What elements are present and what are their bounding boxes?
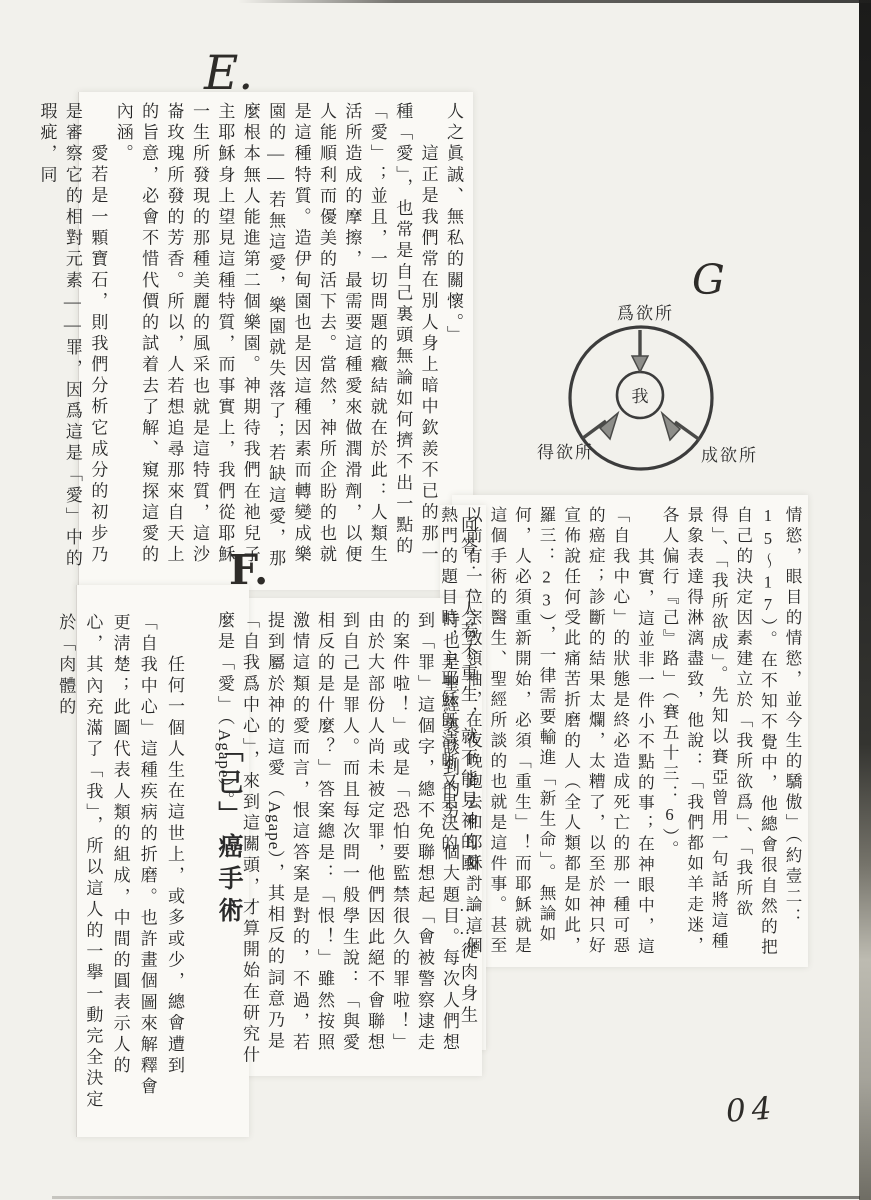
text-block-g: 情慾，眼目的情慾，並今生的驕傲」（約壹二：15～17）。在不知不覺中，他總會很自… xyxy=(435,506,804,964)
handwritten-mark-e: E. xyxy=(204,46,253,101)
scan-edge-top xyxy=(238,0,871,3)
text-segment: 時也是聖經裏談到的另一個大題目。每次人們想到「罪」這個字，總不免聯想起「會被警察… xyxy=(265,611,459,1054)
handwritten-page-number: 04 xyxy=(725,1090,779,1130)
text-segment-latin: Agape xyxy=(265,801,284,850)
text-block-m: 時也是聖經裏談到的另一個大題目。每次人們想到「罪」這個字，總不免聯想起「會被警察… xyxy=(212,611,462,1071)
diagram-label-top: 爲欲所 xyxy=(617,299,674,324)
paragraph: 時也是聖經裏談到的另一個大題目。每次人們想到「罪」這個字，總不免聯想起「會被警察… xyxy=(212,611,462,1071)
scan-edge-right xyxy=(859,0,871,1200)
paragraph: 這正是我們常在別人身上暗中欽羨不已的那一種「愛」，也常是自己裏頭無論如何擠不出一… xyxy=(110,102,440,586)
diagram-center-label: 我 xyxy=(632,387,649,406)
scan-edge-bottom xyxy=(52,1196,860,1199)
text-block-e: 人之眞誠、無私的關懷。」 這正是我們常在別人身上暗中欽羨不已的那一種「愛」，也常… xyxy=(34,102,466,586)
diagram-label-right: 成欲所 xyxy=(701,441,758,466)
arrow-left-head xyxy=(600,413,618,439)
arrow-right-head xyxy=(662,413,680,440)
paragraph: 情慾，眼目的情慾，並今生的驕傲」（約壹二：15～17）。在不知不覺中，他總會很自… xyxy=(656,506,804,964)
paragraph: 愛若是一顆寶石，則我們分析它成分的初步乃是審察它的相對元素——罪，因爲這是「愛」… xyxy=(34,102,110,586)
scanned-page: E. G F. 04 人之眞誠、無私的關懷。」 這正是我們常在別人身上暗中欽羨不… xyxy=(0,0,871,1200)
paragraph: 任何一個人生在這世上，或多或少，總會遭到「自我中心」這種疾病的折磨。也許畫個圖來… xyxy=(52,613,188,1117)
diagram-label-left: 得欲所 xyxy=(537,438,594,463)
text-block-f: 任何一個人生在這世上，或多或少，總會遭到「自我中心」這種疾病的折磨。也許畫個圖來… xyxy=(52,613,188,1117)
section-heading: 「己」癌手術 xyxy=(216,737,241,972)
arrow-top-head xyxy=(632,356,648,372)
